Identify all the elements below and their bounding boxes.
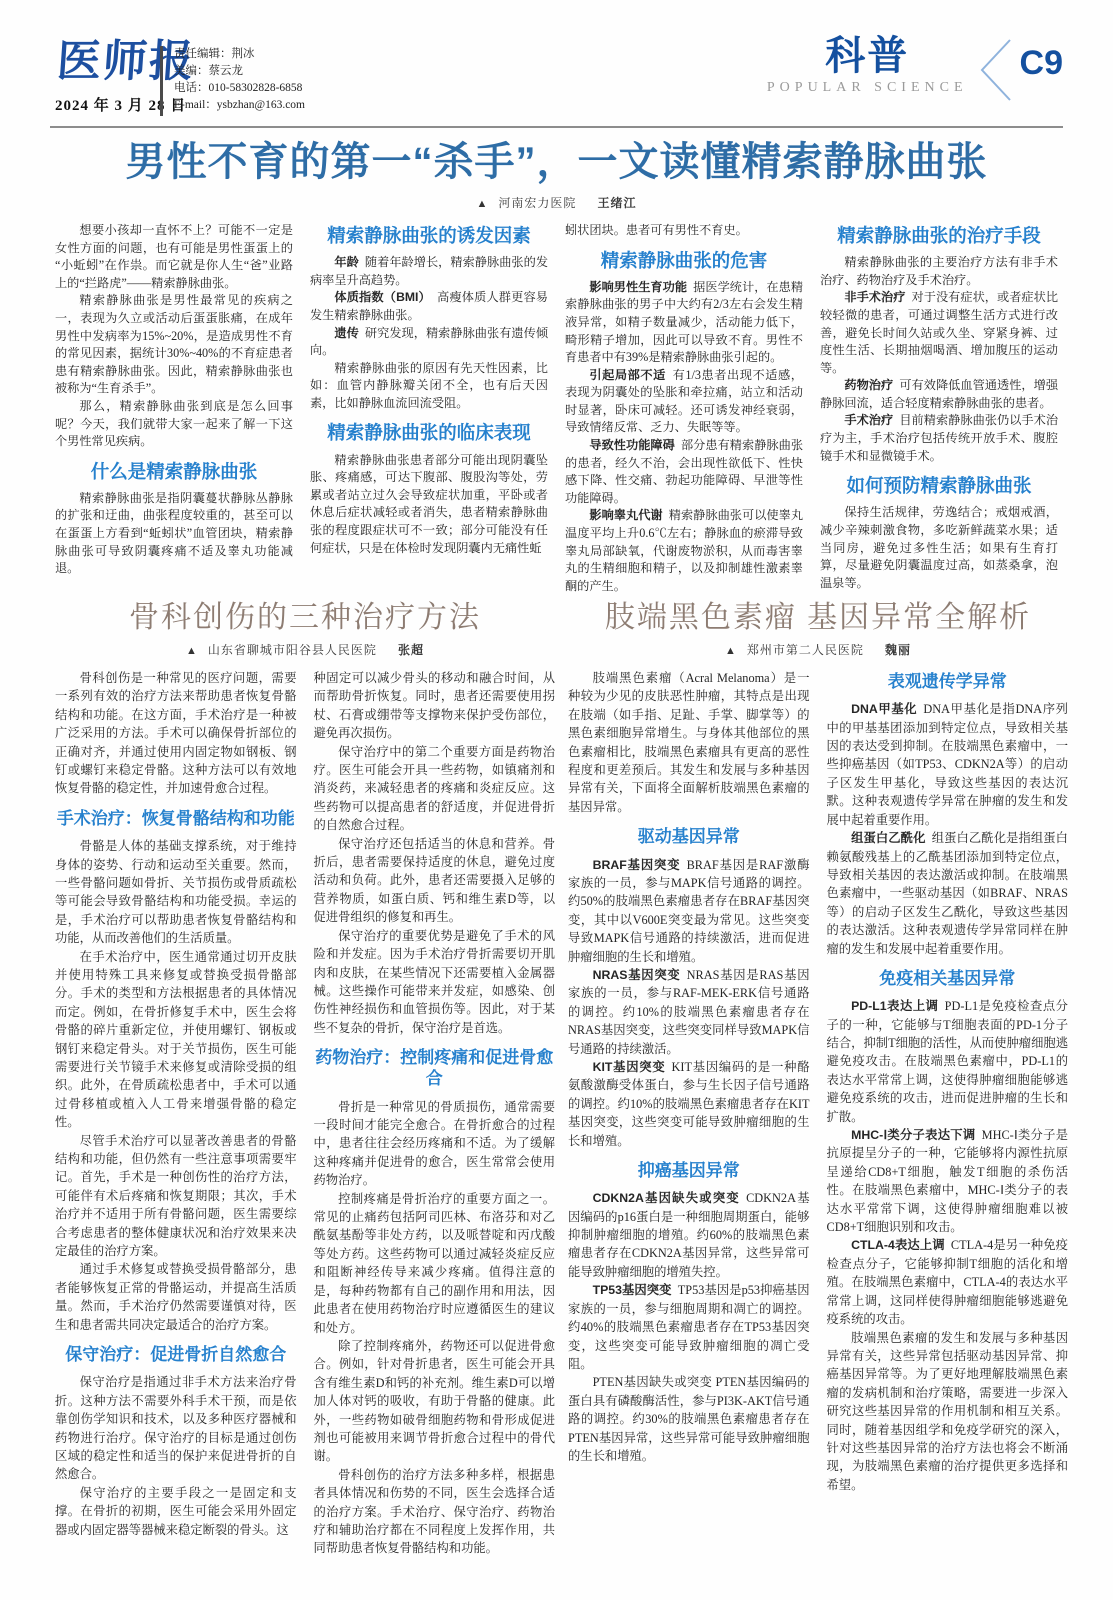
paragraph: 非手术治疗 对于没有症状，或者症状比较轻微的患者，可通过调整生活方式进行改善，避… — [820, 289, 1058, 377]
section-banner: 科普 POPULAR SCIENCE C9 — [767, 36, 1063, 104]
paragraph: 导致性功能障碍 部分患有精索静脉曲张的患者，经久不治，会出现性欲低下、性快感下降… — [565, 437, 803, 507]
paragraph: 精索静脉曲张的主要治疗方法有非手术治疗、药物治疗及手术治疗。 — [820, 254, 1058, 289]
masthead-divider — [160, 46, 163, 116]
paragraph: 尽管手术治疗可以显著改善患者的骨骼结构和功能，但仍然有一些注意事项需要牢记。首先… — [55, 1132, 297, 1261]
issue-date: 2024 年 3 月 28 日 — [55, 94, 186, 115]
article-column: 肢端黑色素瘤（Acral Melanoma）是一种较为少见的皮肤恶性肿瘤，其特点… — [568, 669, 810, 1581]
section-heading: 抑癌基因异常 — [568, 1160, 810, 1181]
article-column: 想要小孩却一直怀不上？可能不一定是女性方面的问题，也有可能是男性蛋蛋上的“小蚯蚓… — [55, 222, 293, 598]
paragraph: 年龄 随着年龄增长，精索静脉曲张的发病率呈升高趋势。 — [310, 254, 548, 289]
paragraph: 种固定可以减少骨头的移动和融合时间，从而帮助骨折恢复。同时，患者还需要使用拐杖、… — [314, 669, 556, 743]
paragraph-lead: 体质指数（BMI） — [334, 290, 437, 304]
paragraph: 手术治疗 目前精索静脉曲张仍以手术治疗为主，手术治疗包括传统开放手术、腹腔镜手术… — [820, 412, 1058, 465]
paragraph: KIT基因突变 KIT基因编码的是一种酪氨酸激酶受体蛋白，参与生长因子信号通路的… — [568, 1058, 810, 1150]
paragraph: 那么，精索静脉曲张到底是怎么回事呢？今天，我们就带大家一起来了解一下这个男性常见… — [55, 398, 293, 451]
paragraph: CDKN2A基因缺失或突变 CDKN2A基因编码的p16蛋白是一种细胞周期蛋白，… — [568, 1189, 810, 1281]
paragraph-lead: 非手术治疗 — [844, 290, 911, 304]
byline-org: 郑州市第二人民医院 — [747, 643, 864, 657]
paragraph: BRAF基因突变 BRAF基因是RAF激酶家族的一员，参与MAPK信号通路的调控… — [568, 856, 810, 966]
paragraph: 通过手术修复或替换受损骨骼部分，患者能够恢复正常的骨骼运动，并提高生活质量。然而… — [55, 1260, 297, 1334]
paragraph: 保守治疗中的第二个重要方面是药物治疗。医生可能会开具一些药物，如镇痛剂和消炎药，… — [314, 743, 556, 835]
paragraph-lead: 导致性功能障碍 — [589, 438, 681, 452]
paragraph: 保守治疗的主要手段之一是固定和支撑。在骨折的初期，医生可能会采用外固定器或内固定… — [55, 1484, 297, 1539]
article-column: 表观遗传学异常DNA甲基化 DNA甲基化是指DNA序列中的甲基基团添加到特定位点… — [827, 669, 1069, 1581]
paragraph: 遗传 研究发现，精索静脉曲张有遗传倾向。 — [310, 325, 548, 360]
lead-article-byline: ▲ 河南宏力医院 王绪江 — [0, 194, 1113, 211]
paragraph: 控制疼痛是骨折治疗的重要方面之一。常见的止痛药包括阿司匹林、布洛芬和对乙酰氨基酚… — [314, 1190, 556, 1337]
paragraph-lead: MHC-Ⅰ类分子表达下调 — [851, 1128, 982, 1142]
paragraph: 精索静脉曲张患者部分可能出现阴囊坠胀、疼痛感，可达下腹部、腹股沟等处，劳累或者站… — [310, 452, 548, 558]
paragraph: PTEN基因缺失或突变 PTEN基因编码的蛋白具有磷酸酶活性，参与PI3K-AK… — [568, 1373, 810, 1465]
lead-article-body: 想要小孩却一直怀不上？可能不一定是女性方面的问题，也有可能是男性蛋蛋上的“小蚯蚓… — [55, 222, 1058, 598]
paragraph: PD-L1表达上调 PD-L1是免疫检查点分子的一种，它能够与T细胞表面的PD-… — [827, 997, 1069, 1126]
paragraph: 蚓状团块。患者可有男性不育史。 — [565, 222, 803, 240]
section-heading: 手术治疗：恢复骨骼结构和功能 — [55, 808, 297, 829]
paragraph-lead: TP53基因突变 — [593, 1283, 678, 1297]
article-acral-melanoma: 肢端黑色素瘤 基因异常全解析 ▲ 郑州市第二人民医院 魏丽 肢端黑色素瘤（Acr… — [568, 600, 1068, 1581]
paragraph: 组蛋白乙酰化 组蛋白乙酰化是指组蛋白赖氨酸残基上的乙酰基团添加到特定位点，导致相… — [827, 829, 1069, 958]
paragraph: 骨折是一种常见的骨质损伤，通常需要一段时间才能完全愈合。在骨折愈合的过程中，患者… — [314, 1098, 556, 1190]
section-heading: 精索静脉曲张的危害 — [565, 249, 803, 272]
paragraph: CTLA-4表达上调 CTLA-4是另一种免疫检查点分子，它能够抑制T细胞的活化… — [827, 1236, 1069, 1328]
paragraph-lead: 影响男性生育功能 — [589, 280, 693, 294]
paragraph: 想要小孩却一直怀不上？可能不一定是女性方面的问题，也有可能是男性蛋蛋上的“小蚯蚓… — [55, 222, 293, 292]
paragraph-lead: CTLA-4表达上调 — [851, 1238, 951, 1252]
section-name-en: POPULAR SCIENCE — [767, 80, 968, 96]
article-column: 精索静脉曲张的治疗手段精索静脉曲张的主要治疗方法有非手术治疗、药物治疗及手术治疗… — [820, 222, 1058, 598]
editor-info: 责任编辑：荆冰 美编：蔡云龙 电话：010-58302828-6858 E-ma… — [174, 46, 305, 114]
paragraph-lead: 药物治疗 — [844, 378, 899, 392]
byline-triangle-icon: ▲ — [186, 645, 198, 657]
article-byline: ▲ 郑州市第二人民医院 魏丽 — [568, 641, 1068, 658]
paragraph-lead: KIT基因突变 — [593, 1060, 672, 1074]
paragraph: 体质指数（BMI） 高瘦体质人群更容易发生精索静脉曲张。 — [310, 289, 548, 324]
byline-org: 河南宏力医院 — [498, 196, 576, 210]
article-column: 种固定可以减少骨头的移动和融合时间，从而帮助骨折恢复。同时，患者还需要使用拐杖、… — [314, 669, 556, 1581]
paragraph: 保持生活规律，劳逸结合；戒烟戒酒，减少辛辣刺激食物，多吃新鲜蔬菜水果；适当同房，… — [820, 504, 1058, 592]
paragraph: 保守治疗是指通过非手术方法来治疗骨折。这种方法不需要外科手术干预，而是依靠创伤学… — [55, 1373, 297, 1483]
section-heading: 保守治疗：促进骨折自然愈合 — [55, 1344, 297, 1365]
paragraph: NRAS基因突变 NRAS基因是RAS基因家族的一员，参与RAF-MEK-ERK… — [568, 966, 810, 1058]
paragraph-lead: DNA甲基化 — [851, 702, 923, 716]
article-body: 骨科创伤是一种常见的医疗问题，需要一系列有效的治疗方法来帮助患者恢复骨骼结构和功… — [55, 669, 555, 1581]
paragraph: 药物治疗 可有效降低血管通透性，增强静脉回流，适合轻度精索静脉曲张的患者。 — [820, 377, 1058, 412]
paragraph-lead: 组蛋白乙酰化 — [851, 831, 932, 845]
paragraph: 精索静脉曲张是指阴囊蔓状静脉丛静脉的扩张和迂曲，曲张程度较重的，甚至可以在蛋蛋上… — [55, 490, 293, 578]
paragraph: MHC-Ⅰ类分子表达下调 MHC-Ⅰ类分子是抗原提呈分子的一种，它能够将内源性抗… — [827, 1126, 1069, 1236]
paragraph: 骨骼是人体的基础支撑系统，对于维持身体的姿势、行动和运动至关重要。然而，一些骨骼… — [55, 837, 297, 947]
article-title: 肢端黑色素瘤 基因异常全解析 — [568, 600, 1068, 636]
section-heading: 精索静脉曲张的诱发因素 — [310, 224, 548, 247]
masthead: 医师报 2024 年 3 月 28 日 责任编辑：荆冰 美编：蔡云龙 电话：01… — [0, 0, 1113, 130]
article-column: 精索静脉曲张的诱发因素年龄 随着年龄增长，精索静脉曲张的发病率呈升高趋势。体质指… — [310, 222, 548, 598]
paragraph: 影响男性生育功能 据医学统计，在患精索静脉曲张的男子中大约有2/3左右会发生精液… — [565, 279, 803, 367]
paragraph: 除了控制疼痛外，药物还可以促进骨愈合。例如，针对骨折患者，医生可能会开具含有维生… — [314, 1337, 556, 1466]
article-body: 肢端黑色素瘤（Acral Melanoma）是一种较为少见的皮肤恶性肿瘤，其特点… — [568, 669, 1068, 1581]
section-heading: 精索静脉曲张的治疗手段 — [820, 224, 1058, 247]
section-heading: 免疫相关基因异常 — [827, 968, 1069, 989]
byline-author: 张超 — [398, 643, 424, 657]
paragraph: 骨科创伤是一种常见的医疗问题，需要一系列有效的治疗方法来帮助患者恢复骨骼结构和功… — [55, 669, 297, 798]
byline-triangle-icon: ▲ — [477, 198, 489, 210]
lead-article-title: 男性不育的第一“杀手”，一文读懂精索静脉曲张 — [0, 138, 1113, 186]
byline-org: 山东省聊城市阳谷县人民医院 — [208, 643, 377, 657]
paragraph-lead: 遗传 — [334, 326, 365, 340]
paragraph-lead: BRAF基因突变 — [593, 858, 687, 872]
section-heading: 什么是精索静脉曲张 — [55, 460, 293, 483]
article-column: 骨科创伤是一种常见的医疗问题，需要一系列有效的治疗方法来帮助患者恢复骨骼结构和功… — [55, 669, 297, 1581]
page-number: C9 — [1020, 44, 1063, 83]
paragraph: 肢端黑色素瘤（Acral Melanoma）是一种较为少见的皮肤恶性肿瘤，其特点… — [568, 669, 810, 816]
paragraph: 保守治疗还包括适当的休息和营养。骨折后，患者需要保持适度的休息，避免过度活动和负… — [314, 835, 556, 927]
paragraph: 保守治疗的重要优势是避免了手术的风险和并发症。因为手术治疗骨折需要切开肌肉和皮肤… — [314, 927, 556, 1037]
byline-triangle-icon: ▲ — [725, 645, 737, 657]
paragraph: DNA甲基化 DNA甲基化是指DNA序列中的甲基基团添加到特定位点，导致相关基因… — [827, 700, 1069, 829]
section-heading: 如何预防精索静脉曲张 — [820, 474, 1058, 497]
article-column: 蚓状团块。患者可有男性不育史。精索静脉曲张的危害影响男性生育功能 据医学统计，在… — [565, 222, 803, 598]
paragraph: 在手术治疗中，医生通常通过切开皮肤并使用特殊工具来修复或替换受损骨骼部分。手术的… — [55, 948, 297, 1132]
section-name-cn: 科普 — [767, 36, 968, 76]
paragraph-lead: PD-L1表达上调 — [851, 999, 945, 1013]
section-heading: 精索静脉曲张的临床表现 — [310, 421, 548, 444]
paragraph-lead: CDKN2A基因缺失或突变 — [593, 1191, 746, 1205]
byline-author: 魏丽 — [885, 643, 911, 657]
article-title: 骨科创伤的三种治疗方法 — [55, 600, 555, 636]
paragraph-lead: 影响睾丸代谢 — [589, 508, 668, 522]
masthead-rule — [50, 126, 1063, 128]
article-orthopedic-trauma: 骨科创伤的三种治疗方法 ▲ 山东省聊城市阳谷县人民医院 张超 骨科创伤是一种常见… — [55, 600, 555, 1581]
paragraph: 精索静脉曲张的原因有先天性因素，比如：血管内静脉瓣关闭不全，也有后天因素，比如静… — [310, 360, 548, 413]
paragraph-lead: 手术治疗 — [844, 413, 899, 427]
section-heading: 表观遗传学异常 — [827, 671, 1069, 692]
paragraph-lead: NRAS基因突变 — [593, 968, 687, 982]
paragraph-lead: 年龄 — [334, 255, 365, 269]
paragraph: 精索静脉曲张是男性最常见的疾病之一，表现为久立或活动后蛋蛋胀痛，在成年男性中发病… — [55, 292, 293, 398]
section-heading: 药物治疗：控制疼痛和促进骨愈合 — [314, 1047, 556, 1090]
section-heading: 驱动基因异常 — [568, 826, 810, 847]
paragraph: 引起局部不适 有1/3患者出现不适感，表现为阴囊处的坠胀和牵拉痛，站立和活动时显… — [565, 367, 803, 437]
byline-author: 王绪江 — [597, 196, 636, 210]
article-byline: ▲ 山东省聊城市阳谷县人民医院 张超 — [55, 641, 555, 658]
paragraph: 影响睾丸代谢 精索静脉曲张可以使睾丸温度平均上升0.6℃左右；静脉血的瘀滞导致睾… — [565, 507, 803, 595]
paragraph: TP53基因突变 TP53基因是p53抑癌基因家族的一员，参与细胞周期和凋亡的调… — [568, 1281, 810, 1373]
paragraph: 骨科创伤的治疗方法多种多样，根据患者具体情况和伤势的不同，医生会选择合适的治疗方… — [314, 1466, 556, 1558]
chevron-left-icon — [974, 36, 1014, 104]
paragraph: 肢端黑色素瘤的发生和发展与多种基因异常有关，这些异常包括驱动基因异常、抑癌基因异… — [827, 1329, 1069, 1495]
paragraph-lead: 引起局部不适 — [589, 368, 672, 382]
